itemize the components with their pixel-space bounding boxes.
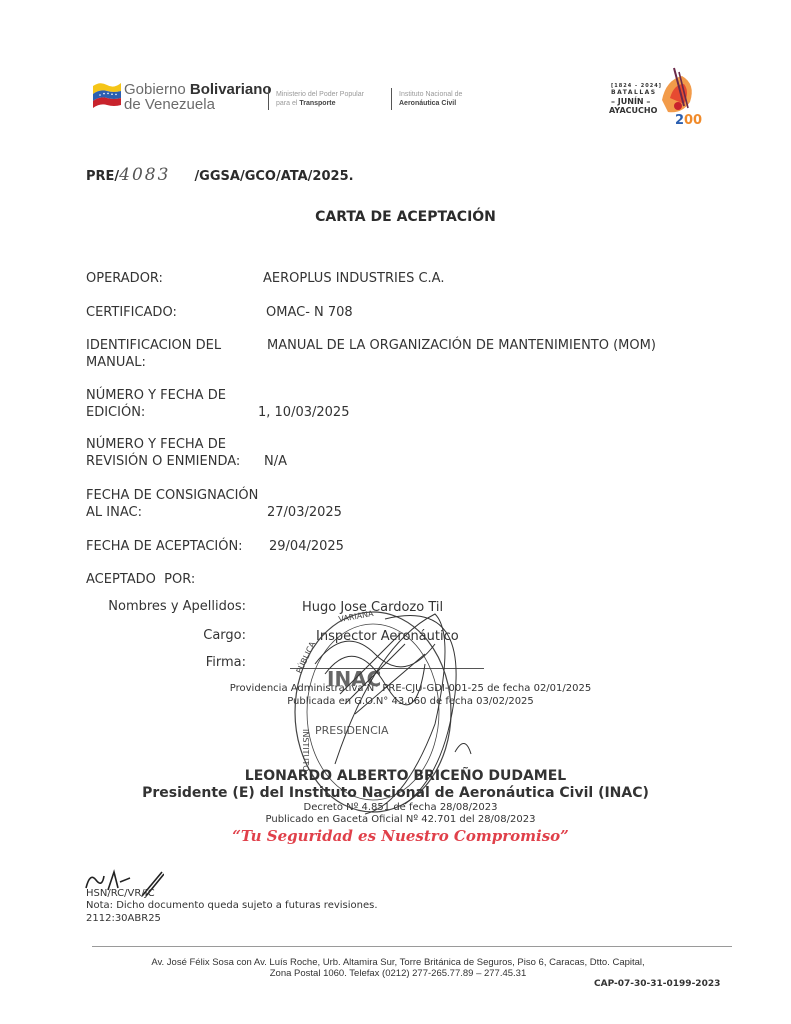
president-title: Presidente (E) del Instituto Nacional de… bbox=[0, 785, 791, 801]
edition-value: 1, 10/03/2025 bbox=[258, 404, 349, 421]
ministry-line2: para el Transporte bbox=[276, 100, 336, 107]
decree: Decreto Nº 4.851 de fecha 28/08/2023 bbox=[0, 802, 791, 813]
certificate-value: OMAC- N 708 bbox=[266, 304, 353, 321]
acceptance-date-label: FECHA DE ACEPTACIÓN: bbox=[86, 538, 243, 555]
internal-code: 2112:30ABR25 bbox=[86, 913, 161, 924]
position-label: Cargo: bbox=[96, 628, 246, 643]
position-value: Inspector Aeronáutico bbox=[316, 628, 459, 645]
president-name: LEONARDO ALBERTO BRICEÑO DUDAMEL bbox=[0, 768, 791, 784]
address-line2: Zona Postal 1060. Telefax (0212) 277-265… bbox=[0, 968, 791, 979]
signature-line bbox=[290, 668, 484, 669]
header-divider bbox=[268, 88, 269, 110]
svg-text:INSTITUTO: INSTITUTO bbox=[301, 729, 310, 772]
revision-label: NÚMERO Y FECHA DEREVISIÓN O ENMIENDA: bbox=[86, 436, 240, 470]
government-country: de Venezuela bbox=[124, 96, 215, 113]
logo-batallas: BATALLAS bbox=[611, 89, 657, 96]
document-title: CARTA DE ACEPTACIÓN bbox=[0, 209, 791, 225]
name-value: Hugo Jose Cardozo Til bbox=[302, 599, 443, 616]
header-divider bbox=[391, 88, 392, 110]
motto: “Tu Seguridad es Nuestro Compromiso” bbox=[0, 827, 791, 845]
signature-label: Firma: bbox=[96, 655, 246, 670]
logo-ayacucho: AYACUCHO bbox=[609, 106, 657, 115]
institute-line1: Instituto Nacional de bbox=[399, 91, 462, 98]
handwritten-number: 4083 bbox=[119, 165, 170, 185]
institute-line2: Aeronáutica Civil bbox=[399, 100, 456, 107]
providencia-line2: Publicada en G.O.N° 43.060 de fecha 03/0… bbox=[0, 696, 791, 707]
svg-text:00: 00 bbox=[684, 113, 702, 128]
logo-junin: – JUNÍN – bbox=[611, 97, 650, 106]
gazette: Publicado en Gaceta Oficial Nº 42.701 de… bbox=[0, 814, 791, 825]
footer-divider bbox=[92, 946, 732, 947]
manual-id-label: IDENTIFICACION DELMANUAL: bbox=[86, 337, 221, 371]
name-label: Nombres y Apellidos: bbox=[96, 599, 246, 614]
submission-date-value: 27/03/2025 bbox=[267, 504, 342, 521]
certificate-label: CERTIFICADO: bbox=[86, 304, 177, 321]
acceptance-date-value: 29/04/2025 bbox=[269, 538, 344, 555]
submission-date-label: FECHA DE CONSIGNACIÓNAL INAC: bbox=[86, 487, 258, 521]
manual-id-value: MANUAL DE LA ORGANIZACIÓN DE MANTENIMIEN… bbox=[267, 337, 656, 354]
cap-code: CAP-07-30-31-0199-2023 bbox=[594, 979, 720, 989]
svg-text:PÚBLICA: PÚBLICA bbox=[293, 639, 318, 675]
address-line1: Av. José Félix Sosa con Av. Luís Roche, … bbox=[0, 957, 791, 968]
venezuela-flag-icon bbox=[92, 80, 122, 108]
operator-label: OPERADOR: bbox=[86, 270, 163, 287]
note: Nota: Dicho documento queda sujeto a fut… bbox=[86, 900, 378, 911]
revision-value: N/A bbox=[264, 453, 287, 470]
operator-value: AEROPLUS INDUSTRIES C.A. bbox=[263, 270, 444, 287]
document-reference: PRE/4083/GGSA/GCO/ATA/2025. bbox=[86, 165, 354, 185]
ministry-line1: Ministerio del Poder Popular bbox=[276, 91, 364, 98]
svg-text:PRESIDENCIA: PRESIDENCIA bbox=[315, 724, 389, 737]
accepted-by-label: ACEPTADO POR: bbox=[86, 571, 195, 588]
edition-label: NÚMERO Y FECHA DEEDICIÓN: bbox=[86, 387, 226, 421]
initials: HSN/RC/VR/JC bbox=[86, 888, 155, 899]
providencia-line1: Providencia Administrativa N° PRE-CJU-GD… bbox=[0, 683, 791, 694]
svg-text:2: 2 bbox=[675, 113, 684, 128]
